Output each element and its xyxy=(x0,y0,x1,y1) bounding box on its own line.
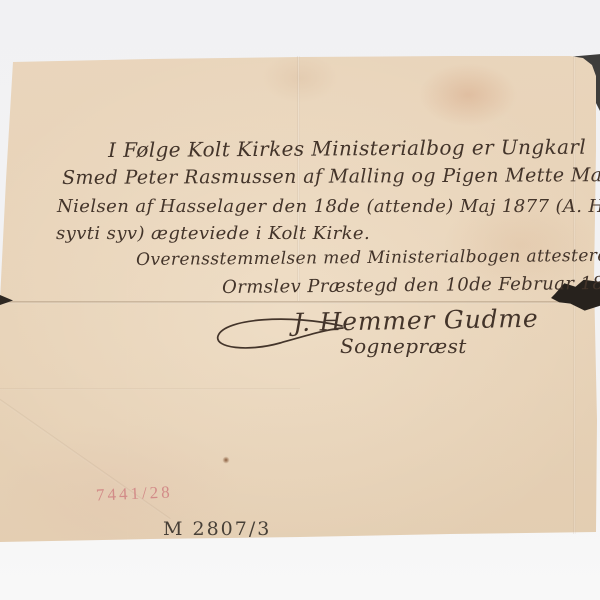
handwritten-dateline: Ormslev Præstegd den 10de Februar 1893 xyxy=(222,273,600,298)
document-photo: I Følge Kolt Kirkes Ministerialbog er Un… xyxy=(0,0,600,600)
signature-title: Sognepræst xyxy=(340,334,467,358)
handwritten-line-4: syvti syv) ægteviede i Kolt Kirke. xyxy=(56,223,370,244)
red-catalog-stamp: 7441/28 xyxy=(96,482,174,505)
handwritten-line-2: Smed Peter Rasmussen af Malling og Pigen… xyxy=(62,164,600,189)
signature: J. Hemmer Gudme xyxy=(293,304,539,337)
handwritten-line-1: I Følge Kolt Kirkes Ministerialbog er Un… xyxy=(108,135,586,162)
handwritten-line-5: Overensstemmelsen med Ministerialbogen a… xyxy=(136,246,600,270)
certificate-paper xyxy=(0,0,600,600)
black-catalog-stamp: M 2807/3 xyxy=(163,518,271,540)
handwritten-line-3: Nielsen af Hasselager den 18de (attende)… xyxy=(57,196,600,217)
fold-crease-horizontal-faint xyxy=(0,388,300,390)
